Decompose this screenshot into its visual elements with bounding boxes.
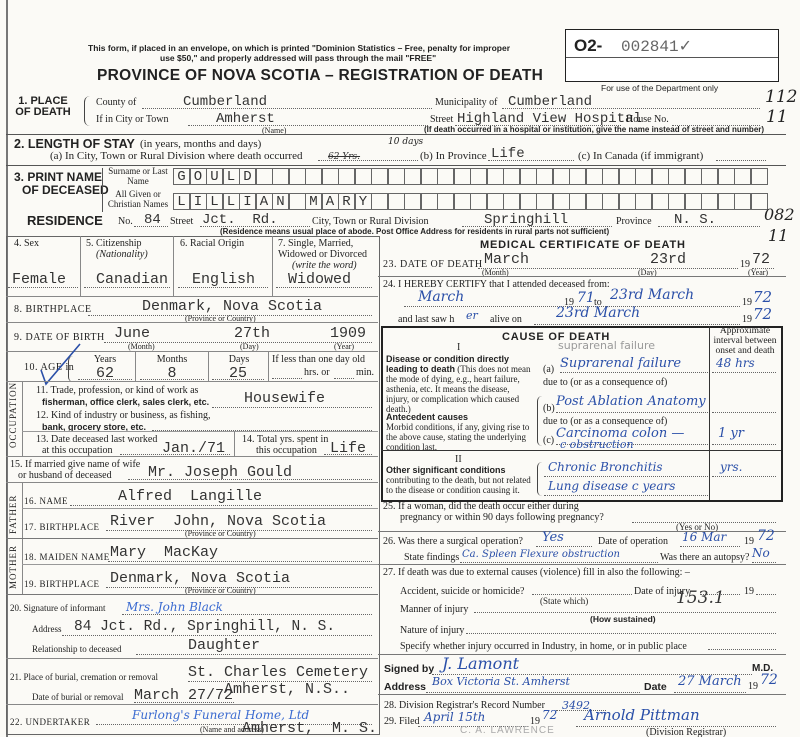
age-minutes-field[interactable] bbox=[334, 374, 354, 379]
alive-on-label: alive on bbox=[490, 314, 522, 325]
trade-field[interactable]: Housewife bbox=[212, 389, 372, 408]
last-worked-label-2: at this occupation bbox=[42, 445, 113, 456]
citizenship-field[interactable]: Canadian bbox=[84, 270, 170, 288]
operation-date-field[interactable]: 16 Mar bbox=[680, 528, 740, 547]
municipality-label: Municipality of bbox=[435, 97, 498, 108]
name-letter-box[interactable] bbox=[503, 193, 520, 210]
occupation-side-label: OCCUPATION bbox=[8, 392, 18, 448]
cause-a-prefix: (a) bbox=[543, 364, 554, 375]
name-letter-box[interactable] bbox=[619, 193, 636, 210]
informant-address-label: Address bbox=[32, 624, 62, 634]
other-conditions-interval-field[interactable]: yrs. bbox=[712, 458, 776, 477]
name-letter-box[interactable] bbox=[586, 168, 603, 185]
divider bbox=[709, 326, 710, 500]
name-letter: D bbox=[240, 169, 255, 186]
dob-year-caption: (Year) bbox=[334, 342, 354, 351]
length-of-stay-label: 2. LENGTH OF STAY bbox=[14, 137, 135, 151]
last-saw-label: and last saw h bbox=[398, 314, 454, 325]
manner-of-injury-label: Manner of injury bbox=[400, 604, 468, 615]
divider bbox=[6, 322, 378, 323]
mother-maiden-name-label: 18. MAIDEN NAME bbox=[24, 552, 110, 562]
injury-location-field[interactable] bbox=[708, 639, 776, 650]
mother-maiden-name-field[interactable]: Mary MacKay bbox=[108, 543, 372, 562]
residence-label: RESIDENCE bbox=[27, 213, 103, 228]
antecedent-causes-instructions: Antecedent causesMorbid conditions, if a… bbox=[386, 412, 534, 452]
registrar-caption: (Division Registrar) bbox=[646, 727, 726, 737]
name-letter-box[interactable]: G bbox=[173, 168, 190, 185]
father-name-field[interactable]: Alfred Langille bbox=[70, 487, 372, 506]
less-than-day-label: If less than one day old bbox=[272, 354, 365, 365]
divider bbox=[6, 456, 378, 457]
direct-cause-pencil-note: suprarenal failure bbox=[558, 339, 655, 352]
sex-label: 4. Sex bbox=[14, 238, 39, 249]
state-findings-label: State findings bbox=[404, 552, 459, 563]
length-of-stay-sub: (in years, months and days) bbox=[140, 138, 261, 150]
last-saw-field[interactable]: 23rd March bbox=[534, 304, 740, 325]
injury-location-label: Specify whether injury occurred in Indus… bbox=[400, 641, 687, 652]
pregnancy-label-2: pregnancy or within 90 days following pr… bbox=[400, 512, 604, 523]
name-letter-box[interactable] bbox=[470, 168, 487, 185]
name-letter-box[interactable]: R bbox=[338, 193, 355, 210]
dob-day-caption: (Day) bbox=[240, 342, 259, 351]
burial-place-label: 21. Place of burial, cremation or remova… bbox=[10, 672, 158, 682]
dob-field[interactable]: June 27th 1909 bbox=[104, 324, 372, 343]
divider bbox=[22, 431, 378, 432]
cause-b-interval-field[interactable] bbox=[712, 396, 776, 413]
name-letter-box[interactable]: N bbox=[272, 193, 289, 210]
name-letter-box[interactable] bbox=[536, 168, 553, 185]
citizenship-label: 5. Citizenship bbox=[86, 238, 142, 249]
external-causes-label: 27. If death was due to external causes … bbox=[383, 567, 690, 578]
name-letter-box[interactable] bbox=[322, 168, 339, 185]
other-conditions-line2-field[interactable]: Lung disease c years bbox=[544, 477, 708, 496]
divider bbox=[234, 431, 235, 456]
father-birthplace-label: 17. BIRTHPLACE bbox=[24, 522, 99, 532]
burial-date-field[interactable]: March 27/72 bbox=[134, 686, 234, 703]
name-letter-box[interactable] bbox=[437, 168, 454, 185]
filed-label: 29. Filed bbox=[384, 716, 420, 727]
name-letter-box[interactable] bbox=[487, 193, 504, 210]
spouse-field[interactable]: Mr. Joseph Gould bbox=[128, 463, 372, 480]
manner-of-injury-field[interactable] bbox=[474, 602, 776, 613]
name-letter-box[interactable]: U bbox=[206, 168, 223, 185]
divider bbox=[6, 704, 378, 705]
divider bbox=[135, 351, 136, 381]
part-two-label: II bbox=[455, 454, 462, 465]
informant-signature-field[interactable]: Mrs. John Black bbox=[122, 598, 372, 615]
name-letter: A bbox=[257, 194, 272, 211]
name-letter-box[interactable]: L bbox=[206, 193, 223, 210]
total-years-field[interactable]: Life bbox=[324, 439, 372, 455]
minutes-label: min. bbox=[356, 367, 374, 378]
name-letter: L bbox=[224, 169, 239, 186]
name-letter-box[interactable]: A bbox=[322, 193, 339, 210]
autopsy-field[interactable]: No bbox=[752, 544, 776, 563]
nature-of-injury-field[interactable] bbox=[466, 623, 776, 634]
name-letter-box[interactable] bbox=[685, 168, 702, 185]
name-letter-box[interactable]: O bbox=[190, 168, 207, 185]
undertaker-label: 22. UNDERTAKER bbox=[10, 717, 90, 727]
autopsy-label: Was there an autopsy? bbox=[660, 552, 749, 563]
to-year-prefix: 19 bbox=[742, 297, 752, 308]
name-letter: I bbox=[240, 194, 255, 211]
to-year: 72 bbox=[753, 288, 772, 306]
registrar-signature-field[interactable]: Arnold Pittman bbox=[576, 706, 776, 727]
name-letter-box[interactable] bbox=[454, 168, 471, 185]
margin-code-4: 11 bbox=[768, 226, 788, 245]
name-letter-box[interactable] bbox=[289, 168, 306, 185]
name-letter: N bbox=[273, 194, 288, 211]
other-conditions-brace bbox=[537, 462, 543, 496]
relationship-field[interactable]: Daughter bbox=[136, 636, 372, 655]
accident-label: Accident, suicide or homicide? bbox=[400, 586, 524, 597]
divider bbox=[173, 236, 174, 296]
residence-note: (Residence means usual place of abode. P… bbox=[220, 227, 609, 236]
divider bbox=[80, 236, 81, 296]
name-letter: L bbox=[224, 194, 239, 211]
name-letter-box[interactable] bbox=[701, 193, 718, 210]
manner-code: 153.1 bbox=[676, 588, 725, 608]
name-letter-box[interactable] bbox=[602, 168, 619, 185]
divider bbox=[22, 564, 378, 565]
residence-no-label: No. bbox=[118, 216, 133, 227]
filed-year: 72 bbox=[542, 708, 557, 722]
divider bbox=[208, 351, 209, 381]
name-letter-box[interactable] bbox=[470, 193, 487, 210]
last-saw-her: er bbox=[466, 309, 478, 322]
age-brace bbox=[68, 356, 74, 382]
residence-street-field[interactable]: Jct. Rd. bbox=[200, 210, 310, 227]
cause-b-field[interactable]: Post Ablation Anatomy bbox=[556, 392, 708, 413]
residence-province-field[interactable]: N. S. bbox=[658, 210, 760, 227]
informant-signature-label: 20. Signature of informant bbox=[10, 603, 105, 613]
age-months-field[interactable]: 8 bbox=[140, 364, 204, 380]
father-side-label: FATHER bbox=[8, 490, 18, 534]
name-letter-box[interactable] bbox=[652, 193, 669, 210]
age-hours-field[interactable] bbox=[272, 374, 302, 379]
residence-city-label: City, Town or Rural Division bbox=[312, 216, 429, 227]
name-letter-box[interactable] bbox=[289, 193, 306, 210]
date-of-death-label: 23. DATE OF DEATH bbox=[383, 259, 483, 270]
accident-field[interactable] bbox=[532, 584, 632, 595]
marital-status-label: 7. Single, Married, Widowed or Divorced bbox=[278, 238, 374, 260]
name-letter-box[interactable] bbox=[569, 168, 586, 185]
nature-of-injury-label: Nature of injury bbox=[400, 625, 464, 636]
racial-origin-field[interactable]: English bbox=[178, 270, 268, 288]
name-letter-box[interactable] bbox=[404, 168, 421, 185]
name-letter-box[interactable] bbox=[437, 193, 454, 210]
age-years-field[interactable]: 62 bbox=[78, 364, 132, 380]
undertaker-address: Amherst, M. S. bbox=[242, 720, 377, 737]
name-letter-box[interactable] bbox=[718, 193, 735, 210]
stay-city-field[interactable]: 62 Yrs. 10 days bbox=[318, 146, 418, 161]
place-of-death-label: 1. PLACE OF DEATH bbox=[14, 96, 72, 118]
name-letter-box[interactable]: I bbox=[190, 193, 207, 210]
name-letter-box[interactable] bbox=[503, 168, 520, 185]
name-letter-box[interactable] bbox=[355, 168, 372, 185]
name-letter: G bbox=[174, 169, 189, 186]
relationship-label: Relationship to deceased bbox=[32, 644, 121, 654]
last-saw-year: 72 bbox=[753, 305, 772, 323]
divider bbox=[6, 381, 378, 382]
print-name-label-2: OF DECEASED bbox=[22, 183, 109, 197]
divider bbox=[378, 694, 786, 695]
name-letter-box[interactable] bbox=[668, 193, 685, 210]
divider bbox=[6, 134, 786, 135]
name-letter-box[interactable]: D bbox=[239, 168, 256, 185]
racial-origin-label: 6. Racial Origin bbox=[180, 238, 244, 249]
name-letter: A bbox=[323, 194, 338, 211]
burial-place-line2: Amherst, N.S.. bbox=[224, 681, 350, 698]
last-saw-year-prefix: 19 bbox=[742, 314, 752, 325]
house-no-field[interactable] bbox=[672, 109, 760, 126]
signature-year: 72 bbox=[760, 672, 778, 688]
name-letter-box[interactable]: A bbox=[256, 193, 273, 210]
municipality-field[interactable]: Cumberland bbox=[502, 92, 760, 109]
stay-province-field[interactable]: Life bbox=[488, 144, 574, 161]
divider bbox=[268, 351, 269, 381]
signature-date-field[interactable]: 27 March bbox=[674, 672, 746, 693]
name-letter-box[interactable] bbox=[734, 193, 751, 210]
name-letter-box[interactable] bbox=[536, 193, 553, 210]
last-worked-field[interactable]: Jan./71 bbox=[120, 439, 230, 455]
name-letter: L bbox=[174, 194, 189, 211]
name-letter-box[interactable]: I bbox=[239, 193, 256, 210]
name-letter-box[interactable] bbox=[569, 193, 586, 210]
divider bbox=[378, 276, 786, 277]
name-letter-box[interactable] bbox=[718, 168, 735, 185]
father-birthplace-caption: (Province or Country) bbox=[185, 529, 256, 538]
dod-year-field[interactable]: 72 bbox=[752, 250, 774, 269]
name-letter-box[interactable] bbox=[388, 193, 405, 210]
divider bbox=[6, 538, 378, 539]
county-field[interactable]: Cumberland bbox=[142, 92, 432, 109]
direct-cause-instructions: Disease or condition directly leading to… bbox=[386, 354, 534, 414]
registrar-stamp: C. A. LAWRENCE bbox=[460, 725, 555, 736]
citizenship-sub: (Nationality) bbox=[96, 249, 148, 260]
total-years-label-1: 14. Total yrs. spent in bbox=[242, 434, 328, 445]
name-letter-box[interactable]: L bbox=[223, 193, 240, 210]
name-letter-box[interactable] bbox=[520, 193, 537, 210]
name-letter: U bbox=[207, 169, 222, 186]
sex-field[interactable]: Female bbox=[8, 270, 78, 288]
mail-notice-line1: This form, if placed in an envelope, on … bbox=[88, 43, 510, 53]
divider bbox=[22, 381, 23, 456]
name-letter-box[interactable]: M bbox=[305, 193, 322, 210]
trade-label-2: fisherman, office clerk, sales clerk, et… bbox=[42, 397, 209, 407]
place-brace bbox=[84, 96, 91, 126]
name-letter-box[interactable] bbox=[388, 168, 405, 185]
father-name-label: 16. NAME bbox=[24, 496, 68, 506]
name-letter: O bbox=[191, 169, 206, 186]
industry-field[interactable] bbox=[152, 420, 372, 431]
burial-date-label: Date of burial or removal bbox=[32, 692, 123, 702]
name-letter: M bbox=[306, 194, 321, 211]
name-letter-box[interactable] bbox=[685, 193, 702, 210]
cause-c-interval-field[interactable]: 1 yr bbox=[712, 424, 776, 445]
print-name-label-1: 3. PRINT NAME bbox=[14, 170, 102, 184]
name-letter: L bbox=[207, 194, 222, 211]
divider bbox=[22, 508, 378, 509]
name-letter-box[interactable] bbox=[371, 168, 388, 185]
name-letter-box[interactable]: L bbox=[223, 168, 240, 185]
form-title: PROVINCE OF NOVA SCOTIA – REGISTRATION O… bbox=[97, 67, 543, 85]
divider bbox=[272, 236, 273, 296]
name-letter-box[interactable] bbox=[751, 168, 768, 185]
name-letter-box[interactable] bbox=[652, 168, 669, 185]
registration-number: 002841✓ bbox=[621, 36, 692, 56]
name-letter-box[interactable] bbox=[701, 168, 718, 185]
injury-year-field[interactable] bbox=[756, 584, 776, 595]
residence-no-field[interactable]: 84 bbox=[134, 210, 168, 227]
county-label: County of bbox=[96, 97, 136, 108]
divider bbox=[6, 658, 378, 659]
name-letter-box[interactable] bbox=[421, 193, 438, 210]
name-letter-box[interactable] bbox=[635, 193, 652, 210]
mail-notice-line2: use $50," and properly addressed will pa… bbox=[160, 53, 436, 63]
signature-year-prefix: 19 bbox=[748, 681, 758, 692]
name-letter-box[interactable] bbox=[305, 168, 322, 185]
marital-status-field[interactable]: Widowed bbox=[276, 270, 372, 288]
injury-year-prefix: 19 bbox=[744, 586, 754, 597]
informant-address-field[interactable]: 84 Jct. Rd., Springhill, N. S. bbox=[62, 617, 372, 636]
city-label: If in City or Town bbox=[96, 114, 168, 125]
birthplace-label: 8. BIRTHPLACE bbox=[14, 304, 92, 315]
due-to-a-label: due to (or as a consequence of) bbox=[543, 377, 667, 388]
physician-address-field[interactable]: Box Victoria St. Amherst bbox=[426, 672, 640, 693]
cause-a-interval-field[interactable]: 48 hrs bbox=[712, 354, 776, 373]
name-letter-box[interactable] bbox=[586, 193, 603, 210]
burial-place-field[interactable]: St. Charles Cemetery bbox=[188, 663, 372, 682]
spouse-label-2: or husband of deceased bbox=[18, 470, 112, 481]
stay-city-label: (a) In City, Town or Rural Division wher… bbox=[50, 150, 302, 162]
name-letter-box[interactable] bbox=[487, 168, 504, 185]
divider bbox=[102, 168, 103, 212]
name-letter-box[interactable] bbox=[272, 168, 289, 185]
name-letter-box[interactable] bbox=[602, 193, 619, 210]
name-letter-box[interactable]: Y bbox=[355, 193, 372, 210]
name-letter-box[interactable] bbox=[404, 193, 421, 210]
cause-c-prefix: (c) bbox=[543, 435, 554, 446]
name-letter-box[interactable] bbox=[635, 168, 652, 185]
dob-month-caption: (Month) bbox=[128, 342, 155, 351]
divider bbox=[6, 482, 378, 483]
name-letter-box[interactable] bbox=[553, 168, 570, 185]
surname-label: Surname or Last Name bbox=[106, 166, 170, 186]
spouse-label-1: 15. If married give name of wife bbox=[10, 459, 140, 470]
residence-province-label: Province bbox=[616, 216, 652, 227]
margin-code-1: 112 bbox=[765, 87, 797, 107]
other-conditions-instructions: Other significant conditionscontributing… bbox=[386, 465, 534, 495]
name-letter-box[interactable] bbox=[734, 168, 751, 185]
part-one-label: I bbox=[457, 342, 460, 353]
other-conditions-line1-field[interactable]: Chronic Bronchitis bbox=[544, 458, 708, 477]
name-letter-box[interactable] bbox=[553, 193, 570, 210]
interval-header: Approximate interval between onset and d… bbox=[712, 326, 778, 356]
hours-label: hrs. or bbox=[304, 367, 330, 378]
registration-prefix: O2- bbox=[574, 36, 602, 56]
hospital-note: (If death occurred in a hospital or inst… bbox=[424, 125, 764, 134]
age-days-field[interactable]: 25 bbox=[212, 364, 264, 380]
residence-street-label: Street bbox=[170, 216, 193, 227]
physician-address-label: Address bbox=[384, 681, 426, 693]
mother-birthplace-label: 19. BIRTHPLACE bbox=[24, 579, 99, 589]
name-letter-box[interactable]: L bbox=[173, 193, 190, 210]
name-letter-box[interactable] bbox=[256, 168, 273, 185]
trade-label-1: 11. Trade, profession, or kind of work a… bbox=[36, 385, 198, 396]
name-letter: I bbox=[191, 194, 206, 211]
street-label: Street bbox=[430, 114, 453, 125]
registration-number-box: O2- 002841✓ bbox=[565, 29, 779, 82]
pregnancy-label-1: 25. If a woman, did the death occur eith… bbox=[383, 501, 579, 512]
city-field[interactable]: Amherst bbox=[188, 109, 428, 126]
date-of-death-field[interactable]: March 23rd bbox=[478, 250, 738, 269]
name-letter-box[interactable] bbox=[668, 168, 685, 185]
name-letter-box[interactable] bbox=[454, 193, 471, 210]
name-letter: Y bbox=[356, 194, 371, 211]
total-years-label-2: this occupation bbox=[256, 445, 317, 456]
stay-canada-label: (c) In Canada (if immigrant) bbox=[578, 150, 703, 162]
signature-date-label: Date bbox=[644, 681, 667, 693]
house-no-label: House No. bbox=[626, 114, 669, 125]
residence-city-field[interactable]: Springhill bbox=[462, 210, 612, 227]
name-letter-box[interactable] bbox=[619, 168, 636, 185]
name-letter-box[interactable] bbox=[421, 168, 438, 185]
margin-code-2: 11 bbox=[766, 107, 788, 127]
name-letter-box[interactable] bbox=[338, 168, 355, 185]
cause-c-line2: c obstruction bbox=[560, 438, 634, 451]
name-letter-box[interactable] bbox=[371, 193, 388, 210]
name-letter-box[interactable] bbox=[520, 168, 537, 185]
stay-canada-field[interactable] bbox=[716, 146, 766, 161]
name-letter: R bbox=[339, 194, 354, 211]
mother-side-label: MOTHER bbox=[8, 545, 18, 589]
divider bbox=[6, 594, 378, 595]
divider bbox=[378, 564, 786, 565]
street-field[interactable]: Highland View Hospital bbox=[455, 109, 621, 126]
cause-b-prefix: (b) bbox=[543, 403, 555, 414]
given-names-label: All Given or Christian Names bbox=[104, 189, 172, 209]
cause-a-field[interactable]: Suprarenal failure bbox=[560, 354, 708, 373]
margin-code-3: 082 bbox=[764, 205, 795, 224]
state-findings-field[interactable]: Ca. Spleen Flexure obstruction bbox=[460, 544, 658, 563]
stay-province-label: (b) In Province bbox=[420, 150, 487, 162]
operation-year: 72 bbox=[757, 528, 775, 544]
